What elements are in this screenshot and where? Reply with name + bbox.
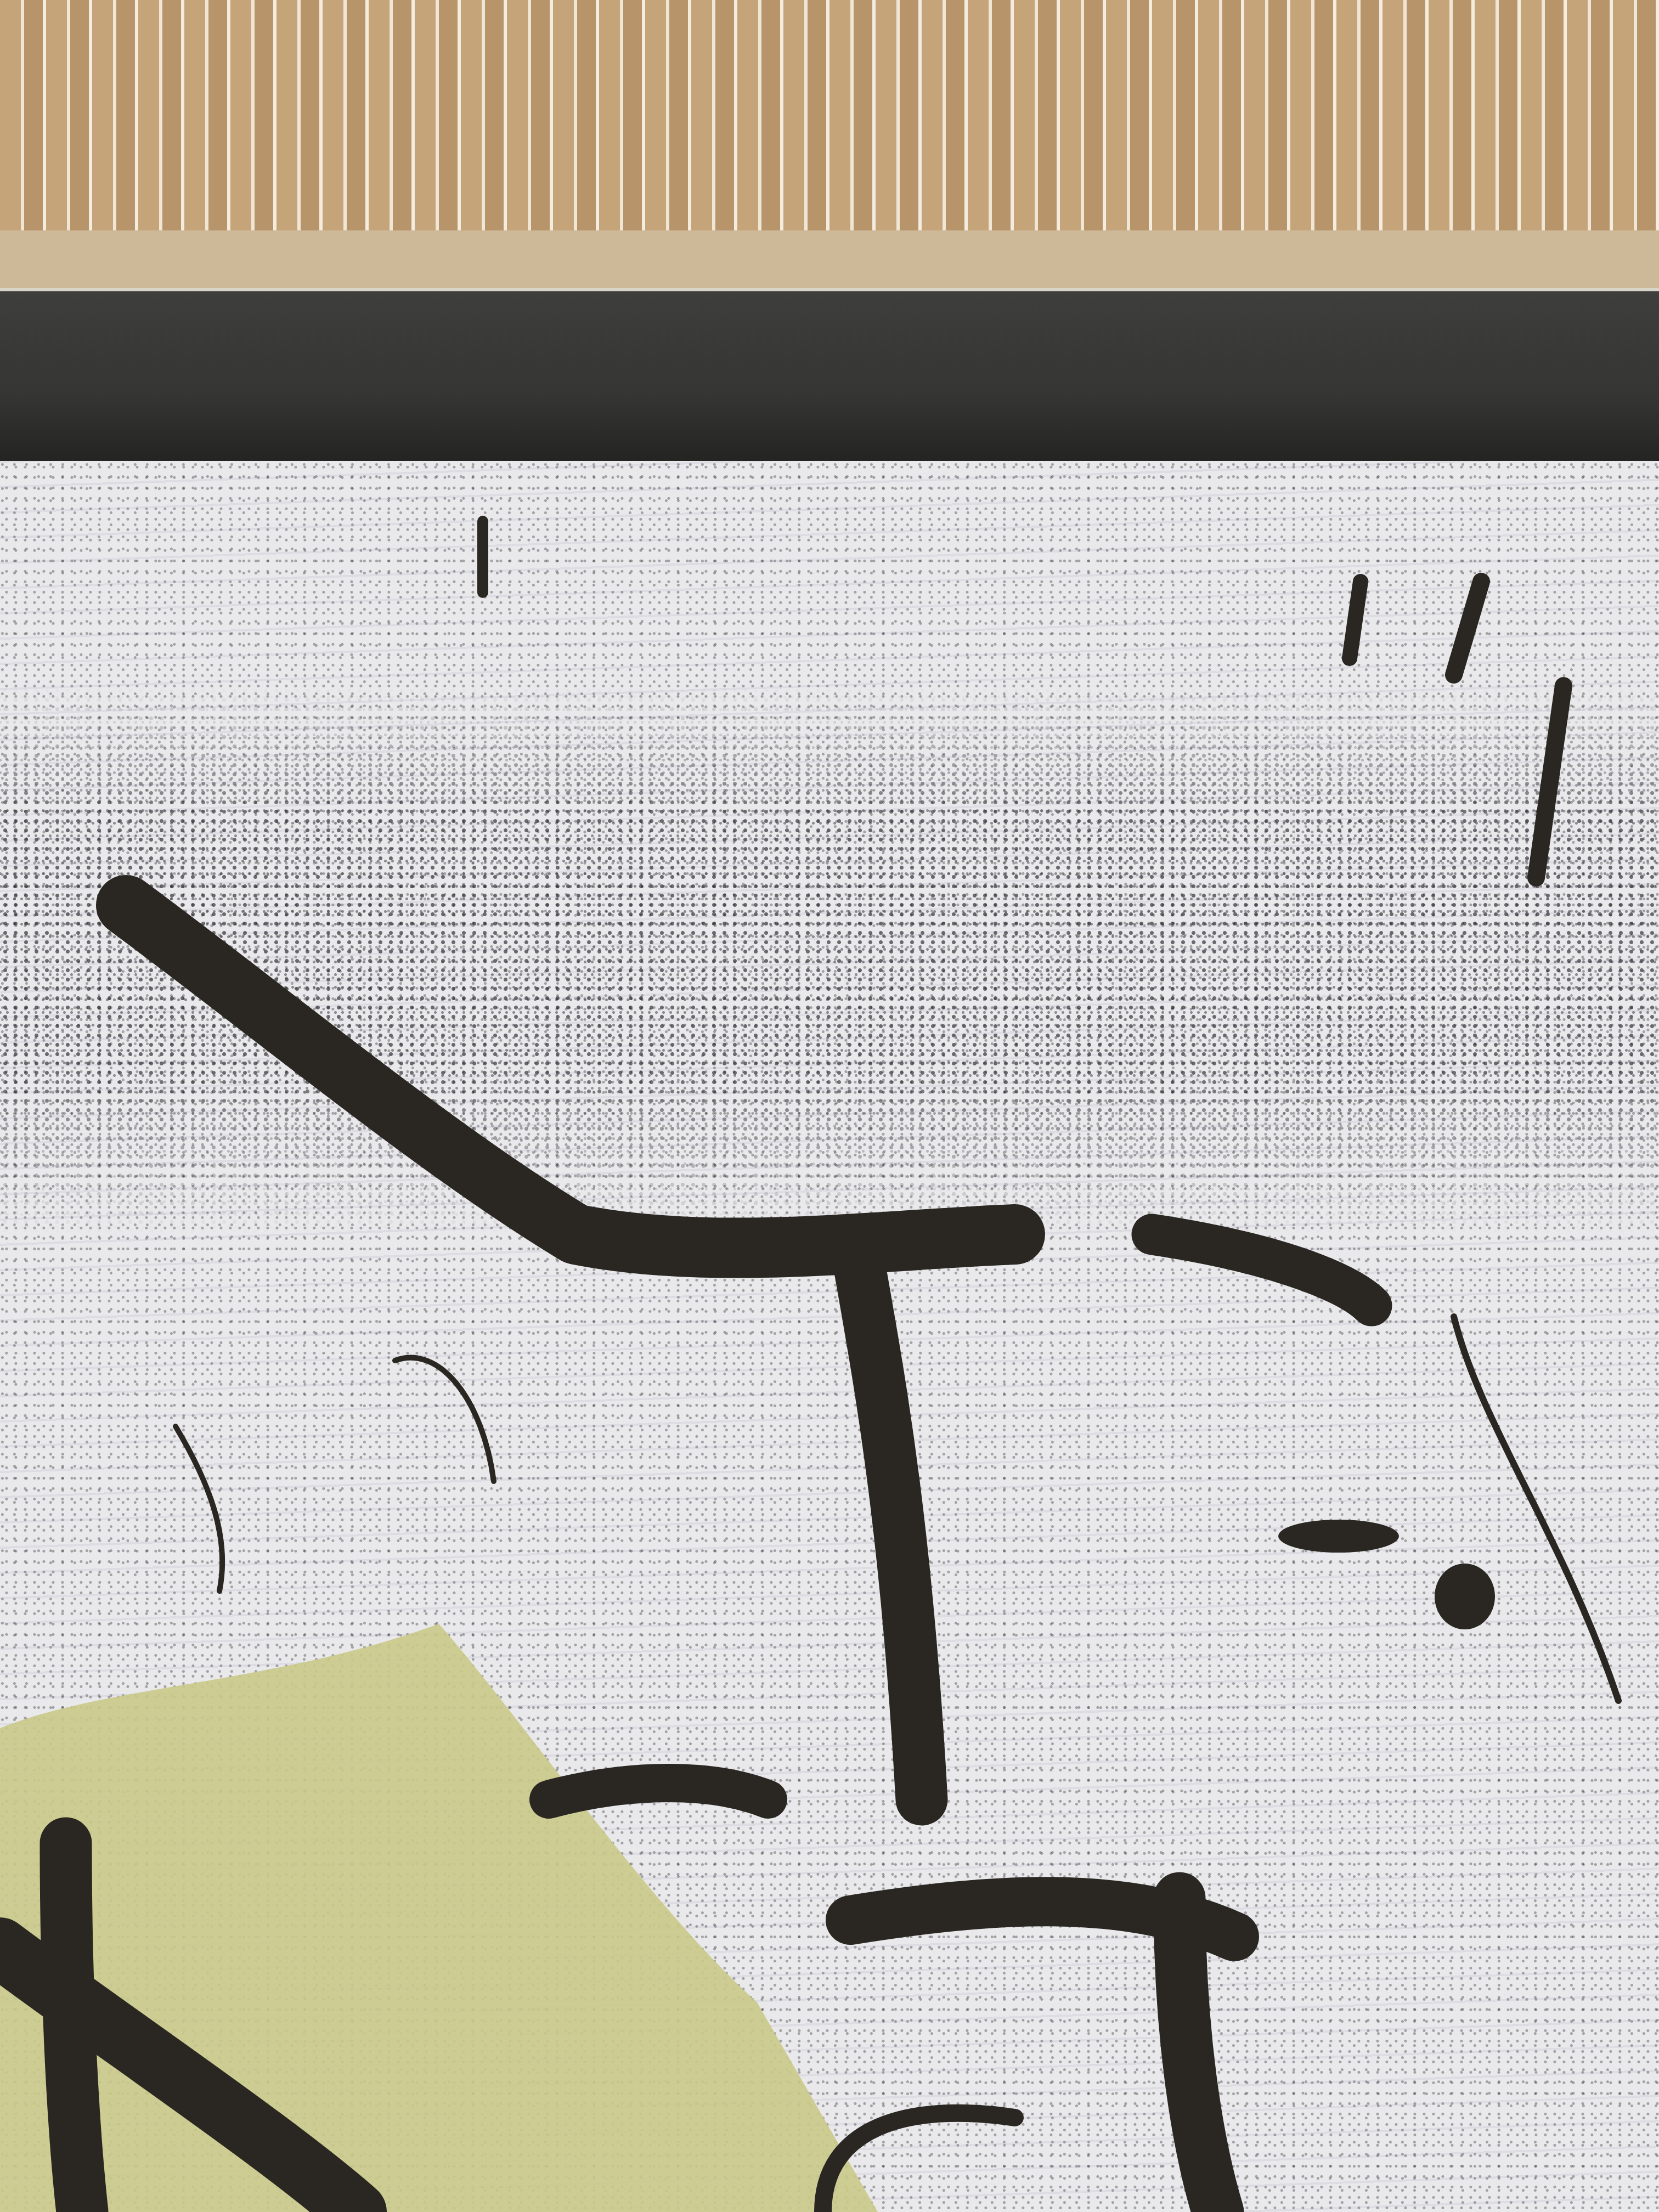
artwork-photo: [0, 0, 1659, 2212]
ink-strokes: [0, 0, 1659, 2212]
